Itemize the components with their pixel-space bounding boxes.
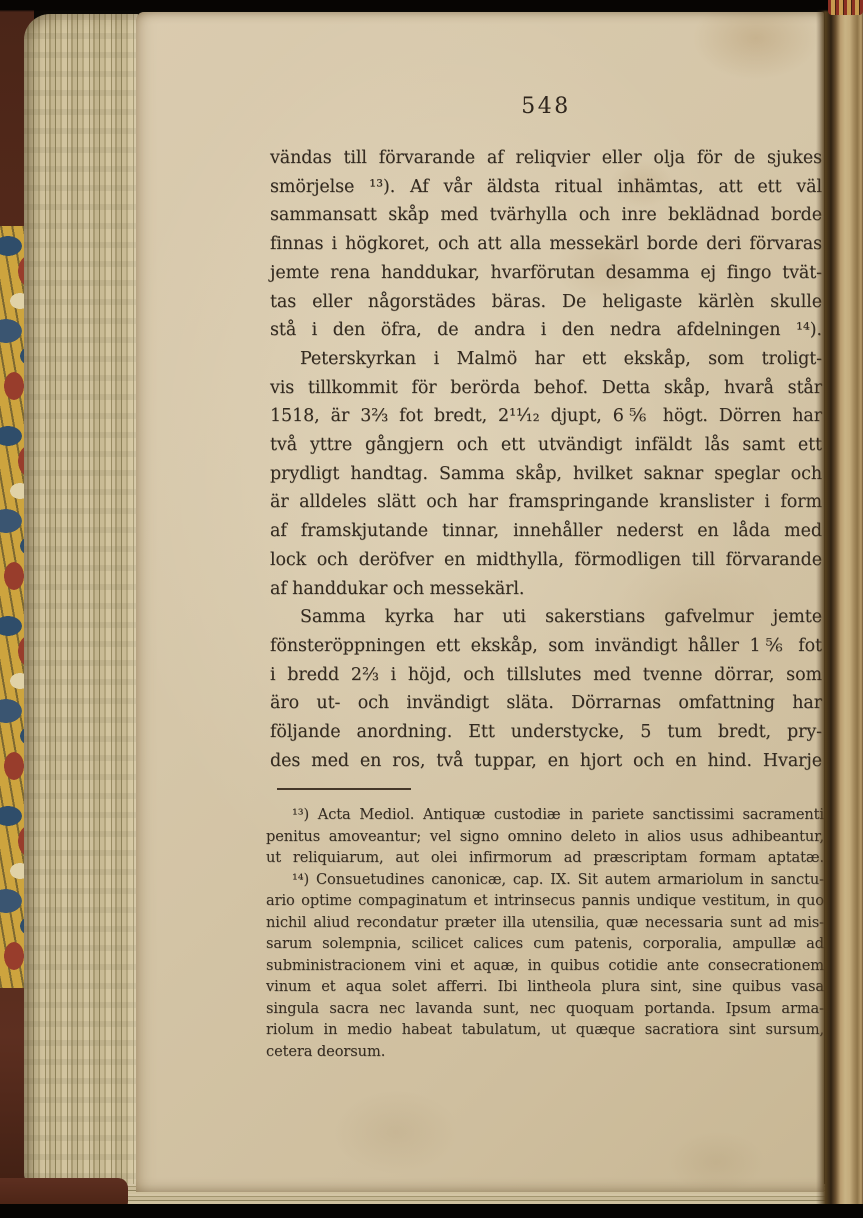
footnote-line: ario optime compaginatum et intrinsecus …: [266, 890, 824, 912]
book-scan: 548 vändas till förvarande af reliqvier …: [0, 0, 863, 1218]
page-fore-edge-stack: [24, 14, 138, 1184]
body-text-line: jemte rena handdukar, hvarförutan desamm…: [270, 259, 822, 288]
body-text-line: fönsteröppningen ett ekskåp, som invändi…: [270, 632, 822, 661]
body-text-line: äro ut- och invändigt släta. Dörrarnas o…: [270, 689, 822, 718]
book-page: 548 vändas till förvarande af reliqvier …: [136, 12, 824, 1192]
body-text-line: prydligt handtag. Samma skåp, hvilket sa…: [270, 460, 822, 489]
body-text-line: vändas till förvarande af reliqvier elle…: [270, 144, 822, 173]
body-text-line: följande anordning. Ett understycke, 5 t…: [270, 718, 822, 747]
footnote-line: ¹⁴) Consuetudines canonicæ, cap. IX. Sit…: [266, 869, 824, 891]
footnote-line: cetera deorsum.: [266, 1041, 824, 1063]
footnotes-block: ¹³) Acta Mediol. Antiquæ custodiæ in par…: [266, 804, 824, 1062]
footnote-line: penitus amoveantur; vel signo omnino del…: [266, 826, 824, 848]
body-text-line: smörjelse ¹³). Af vår äldsta ritual inhä…: [270, 173, 822, 202]
body-text-line: är alldeles slätt och har framspringande…: [270, 488, 822, 517]
footnote-line: vinum et aqua solet afferri. Ibi lintheo…: [266, 976, 824, 998]
body-text-line: 1518, är 3⅔ fot bredt, 2¹¹⁄₁₂ djupt, 6⅚ …: [270, 402, 822, 431]
body-text-line: Samma kyrka har uti sakerstians gafvelmu…: [270, 603, 822, 632]
photo-background-top: [0, 0, 863, 12]
headband: [828, 0, 863, 15]
footnote-line: subministracionem vini et aquæ, in quibu…: [266, 955, 824, 977]
body-text-line: af framskjutande tinnar, innehåller nede…: [270, 517, 822, 546]
body-text-line: tas eller någorstädes bäras. De heligast…: [270, 288, 822, 317]
body-text-line: stå i den öfra, de andra i den nedra afd…: [270, 316, 822, 345]
main-text-block: vändas till förvarande af reliqvier elle…: [270, 144, 822, 775]
footnote-line: nichil aliud recondatur præter illa uten…: [266, 912, 824, 934]
body-text-line: lock och deröfver en midthylla, förmodli…: [270, 546, 822, 575]
footnote-line: riolum in medio habeat tabulatum, ut quæ…: [266, 1019, 824, 1041]
footnote-line: ¹³) Acta Mediol. Antiquæ custodiæ in par…: [266, 804, 824, 826]
body-text-line: af handdukar och messekärl.: [270, 575, 822, 604]
body-text-line: vis tillkommit för berörda behof. Detta …: [270, 374, 822, 403]
body-text-line: Peterskyrkan i Malmö har ett ekskåp, som…: [270, 345, 822, 374]
footnote-line: sarum solempnia, scilicet calices cum pa…: [266, 933, 824, 955]
body-text-line: des med en ros, två tuppar, en hjort och…: [270, 747, 822, 776]
body-text-line: två yttre gångjern och ett utvändigt inf…: [270, 431, 822, 460]
body-text-line: finnas i högkoret, och att alla messekär…: [270, 230, 822, 259]
footnote-line: singula sacra nec lavanda sunt, nec quoq…: [266, 998, 824, 1020]
footnote-separator-rule: [277, 788, 411, 790]
gutter-spine-shadow: [816, 0, 863, 1204]
page-number: 548: [270, 94, 822, 119]
body-text-line: sammansatt skåp med tvärhylla och inre b…: [270, 201, 822, 230]
footnote-line: ut reliquiarum, aut olei infirmorum ad p…: [266, 847, 824, 869]
photo-background-bottom: [0, 1204, 863, 1218]
body-text-line: i bredd 2⅔ i höjd, och tillslutes med tv…: [270, 661, 822, 690]
